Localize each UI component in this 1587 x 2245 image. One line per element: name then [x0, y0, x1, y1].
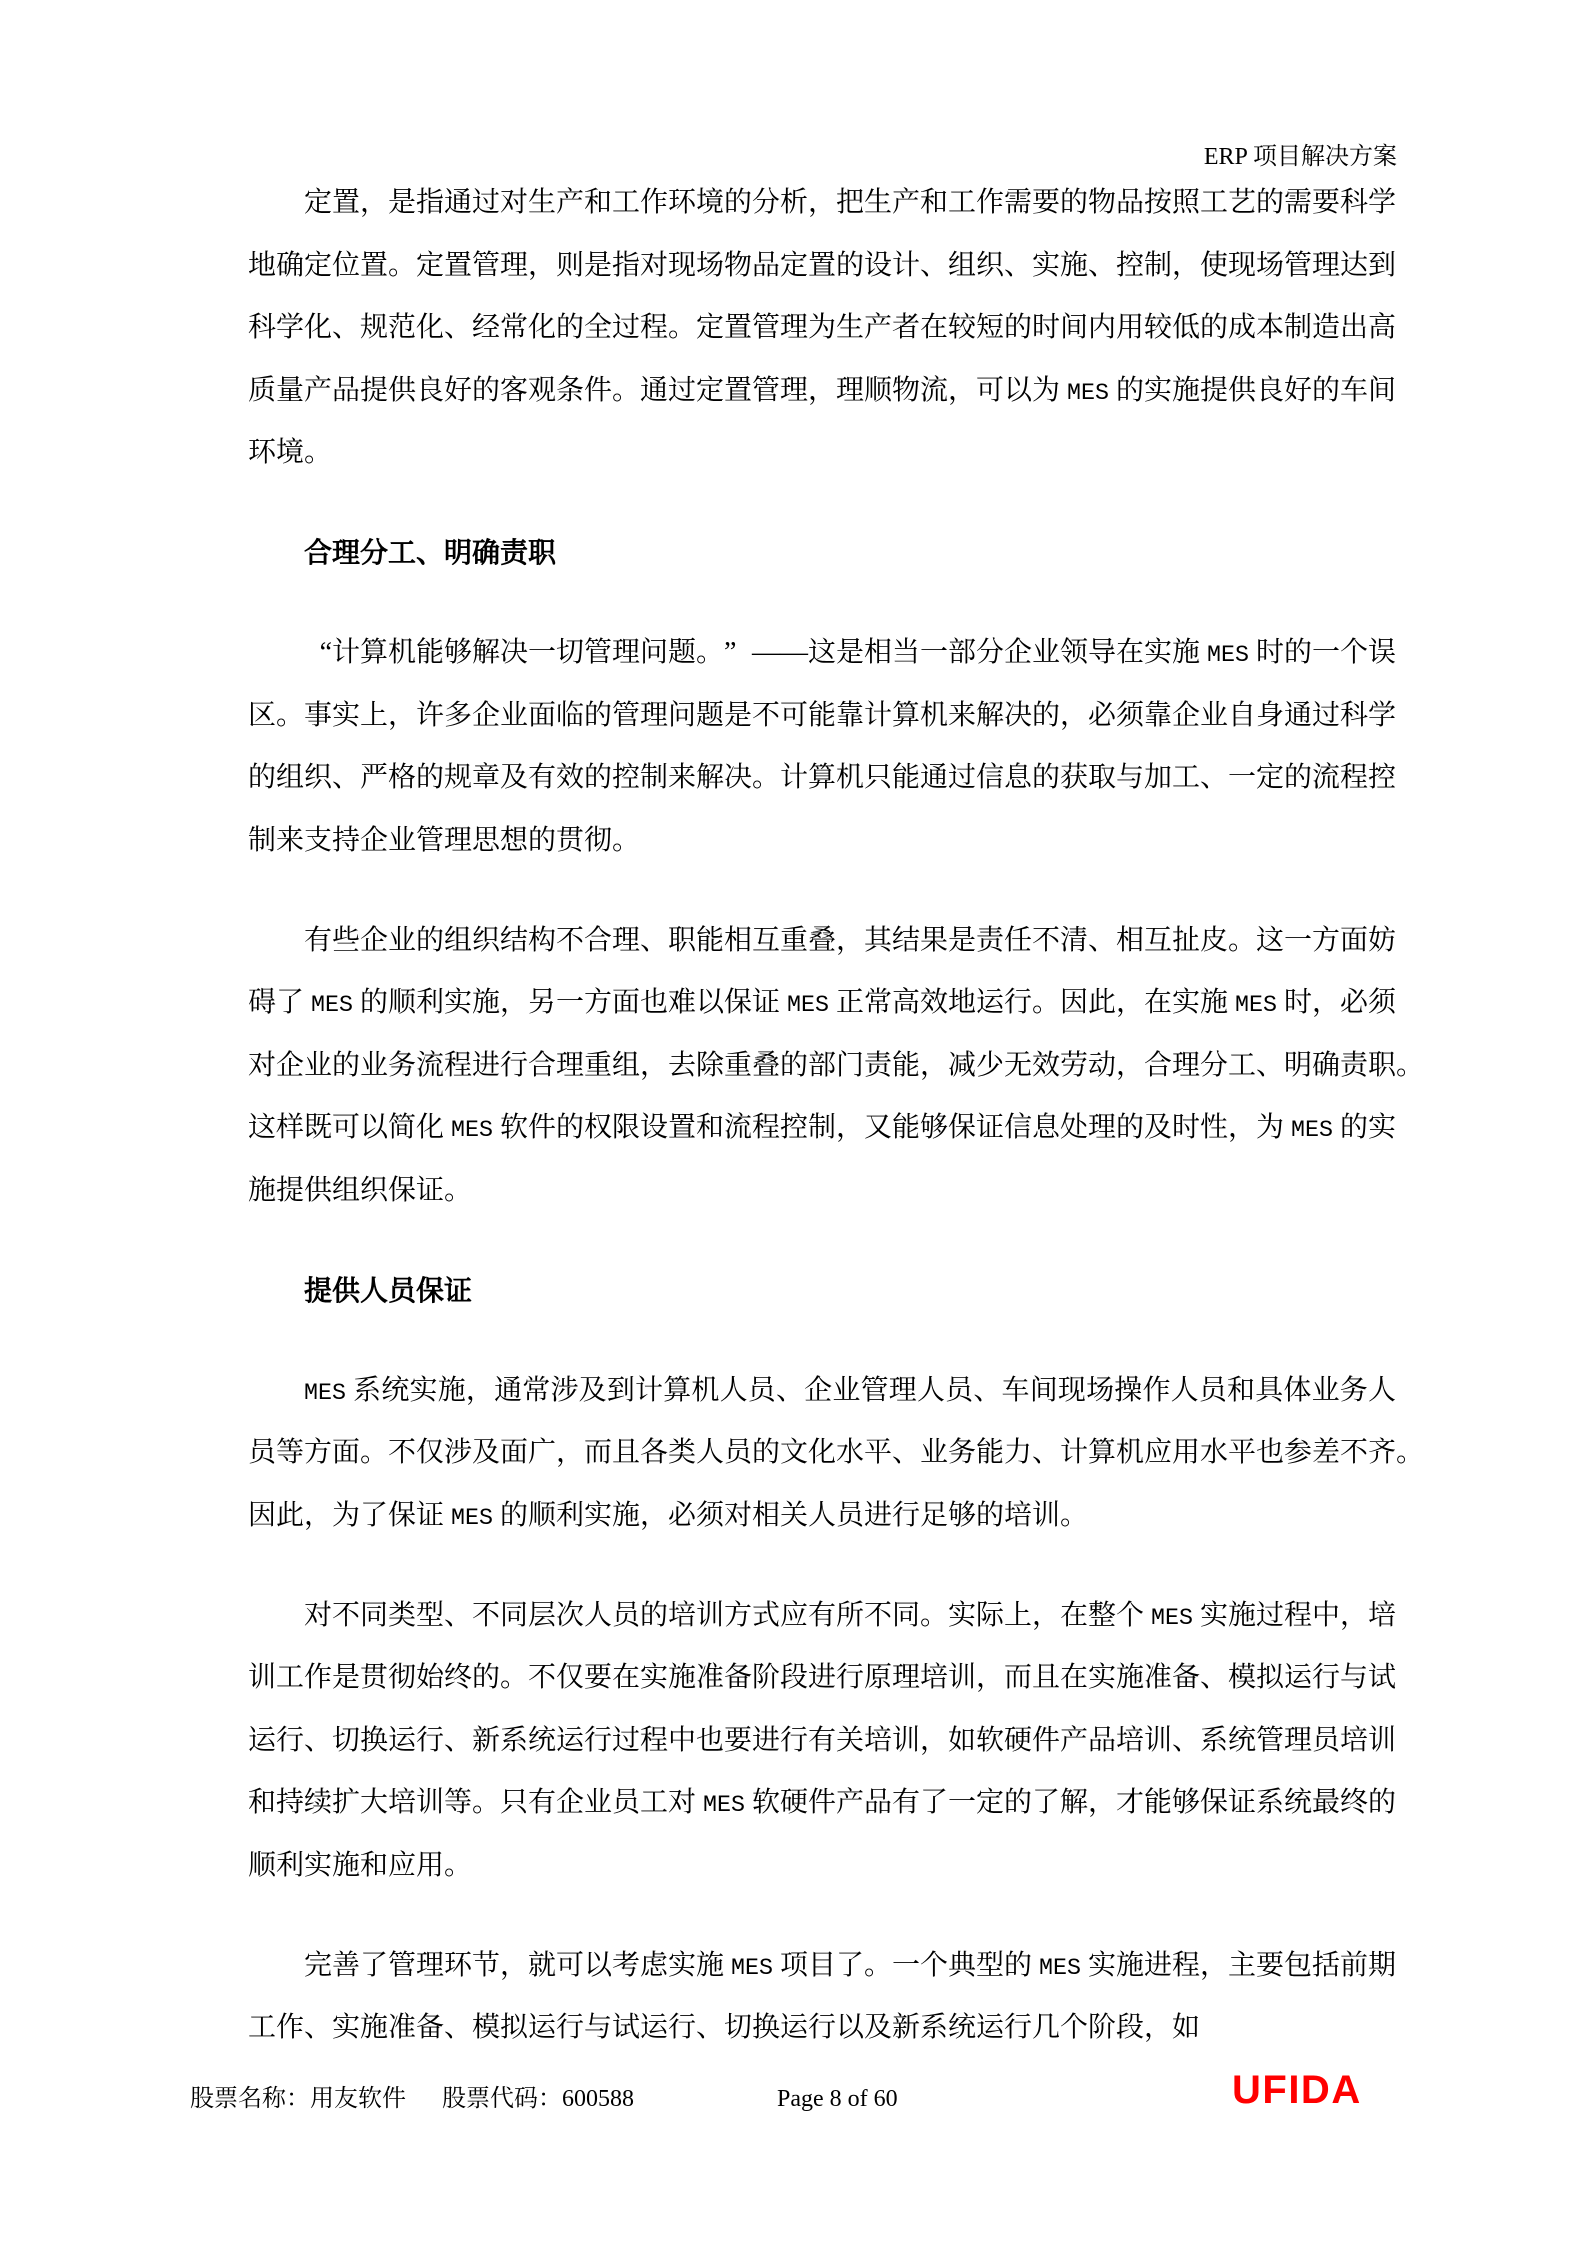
stock-name-label: 股票名称： [190, 2086, 310, 2112]
page-header-title: ERP 项目解决方案 [1204, 145, 1397, 169]
section-heading: 提供人员保证 [248, 1260, 1396, 1323]
paragraph: 有些企业的组织结构不合理、职能相互重叠，其结果是责任不清、相互扯皮。这一方面妨 … [248, 910, 1396, 1223]
latin-term: MES [304, 1380, 346, 1406]
paragraph: “计算机能够解决一切管理问题。”——这是相当一部分企业领导在实施 MES 时的一… [248, 622, 1396, 872]
latin-term: MES [787, 992, 829, 1018]
latin-term: MES [1067, 380, 1109, 406]
page-current: 8 [830, 2086, 842, 2112]
paragraph-line: 对不同类型、不同层次人员的培训方式应有所不同。实际上，在整个 MES 实施过程中… [248, 1585, 1396, 1648]
latin-term: MES [451, 1117, 493, 1143]
paragraph-line: 员等方面。不仅涉及面广，而且各类人员的文化水平、业务能力、计算机应用水平也参差不… [248, 1422, 1396, 1485]
latin-term: MES [1291, 1117, 1333, 1143]
paragraph-line: 和持续扩大培训等。只有企业员工对 MES 软硬件产品有了一定的了解，才能够保证系… [248, 1772, 1396, 1835]
page-of: of [848, 2086, 868, 2112]
paragraph-line: 施提供组织保证。 [248, 1160, 1396, 1223]
footer-stock-code: 股票代码：600588 [442, 2087, 634, 2111]
document-page: ERP 项目解决方案 定置，是指通过对生产和工作环境的分析，把生产和工作需要的物… [0, 0, 1587, 2245]
latin-term: MES [1039, 1955, 1081, 1981]
stock-code-value: 600588 [562, 2086, 634, 2112]
page-word: Page [777, 2086, 824, 2112]
paragraph-line: 训工作是贯彻始终的。不仅要在实施准备阶段进行原理培训，而且在实施准备、模拟运行与… [248, 1647, 1396, 1710]
document-body: 定置，是指通过对生产和工作环境的分析，把生产和工作需要的物品按照工艺的需要科学 … [248, 172, 1396, 2060]
section-heading: 合理分工、明确责职 [248, 522, 1396, 585]
latin-term: MES [311, 992, 353, 1018]
paragraph-line: 顺利实施和应用。 [248, 1835, 1396, 1898]
paragraph-line: 对企业的业务流程进行合理重组，去除重叠的部门责能，减少无效劳动，合理分工、明确责… [248, 1035, 1396, 1098]
paragraph-line: 区。事实上，许多企业面临的管理问题是不可能靠计算机来解决的，必须靠企业自身通过科… [248, 685, 1396, 748]
paragraph-line: MES 系统实施，通常涉及到计算机人员、企业管理人员、车间现场操作人员和具体业务… [248, 1360, 1396, 1423]
latin-term: MES [1235, 992, 1277, 1018]
latin-term: MES [703, 1792, 745, 1818]
paragraph-line: 制来支持企业管理思想的贯彻。 [248, 810, 1396, 873]
ufida-logo: UFIDA [1232, 2070, 1362, 2110]
paragraph: 定置，是指通过对生产和工作环境的分析，把生产和工作需要的物品按照工艺的需要科学 … [248, 172, 1396, 485]
stock-code-label: 股票代码： [442, 2086, 562, 2112]
paragraph-line: 地确定位置。定置管理，则是指对现场物品定置的设计、组织、实施、控制，使现场管理达… [248, 235, 1396, 298]
close-quote: ” [724, 639, 752, 667]
footer-stock-name: 股票名称：用友软件 [190, 2087, 406, 2111]
latin-term: MES [1151, 1605, 1193, 1631]
paragraph: 对不同类型、不同层次人员的培训方式应有所不同。实际上，在整个 MES 实施过程中… [248, 1585, 1396, 1898]
paragraph-line: 质量产品提供良好的客观条件。通过定置管理，理顺物流，可以为 MES 的实施提供良… [248, 360, 1396, 423]
stock-name-value: 用友软件 [310, 2086, 406, 2112]
paragraph-line: 科学化、规范化、经常化的全过程。定置管理为生产者在较短的时间内用较低的成本制造出… [248, 297, 1396, 360]
paragraph: MES 系统实施，通常涉及到计算机人员、企业管理人员、车间现场操作人员和具体业务… [248, 1360, 1396, 1548]
paragraph-line: 完善了管理环节，就可以考虑实施 MES 项目了。一个典型的 MES 实施进程，主… [248, 1935, 1396, 1998]
paragraph-line: 的组织、严格的规章及有效的控制来解决。计算机只能通过信息的获取与加工、一定的流程… [248, 747, 1396, 810]
latin-term: MES [1207, 642, 1249, 668]
paragraph-line: 运行、切换运行、新系统运行过程中也要进行有关培训，如软硬件产品培训、系统管理员培… [248, 1710, 1396, 1773]
paragraph: 完善了管理环节，就可以考虑实施 MES 项目了。一个典型的 MES 实施进程，主… [248, 1935, 1396, 2060]
latin-term: MES [731, 1955, 773, 1981]
open-quote: “ [304, 639, 332, 667]
paragraph-line: 定置，是指通过对生产和工作环境的分析，把生产和工作需要的物品按照工艺的需要科学 [248, 172, 1396, 235]
page-total: 60 [874, 2086, 898, 2112]
paragraph-line: “计算机能够解决一切管理问题。”——这是相当一部分企业领导在实施 MES 时的一… [248, 622, 1396, 685]
latin-term: MES [451, 1505, 493, 1531]
paragraph-line: 工作、实施准备、模拟运行与试运行、切换运行以及新系统运行几个阶段，如 [248, 1997, 1396, 2060]
page-number: Page 8 of 60 [777, 2087, 898, 2111]
paragraph-line: 这样既可以简化 MES 软件的权限设置和流程控制，又能够保证信息处理的及时性，为… [248, 1097, 1396, 1160]
paragraph-line: 有些企业的组织结构不合理、职能相互重叠，其结果是责任不清、相互扯皮。这一方面妨 [248, 910, 1396, 973]
paragraph-line: 环境。 [248, 422, 1396, 485]
paragraph-line: 碍了 MES 的顺利实施，另一方面也难以保证 MES 正常高效地运行。因此，在实… [248, 972, 1396, 1035]
paragraph-line: 因此，为了保证 MES 的顺利实施，必须对相关人员进行足够的培训。 [248, 1485, 1396, 1548]
